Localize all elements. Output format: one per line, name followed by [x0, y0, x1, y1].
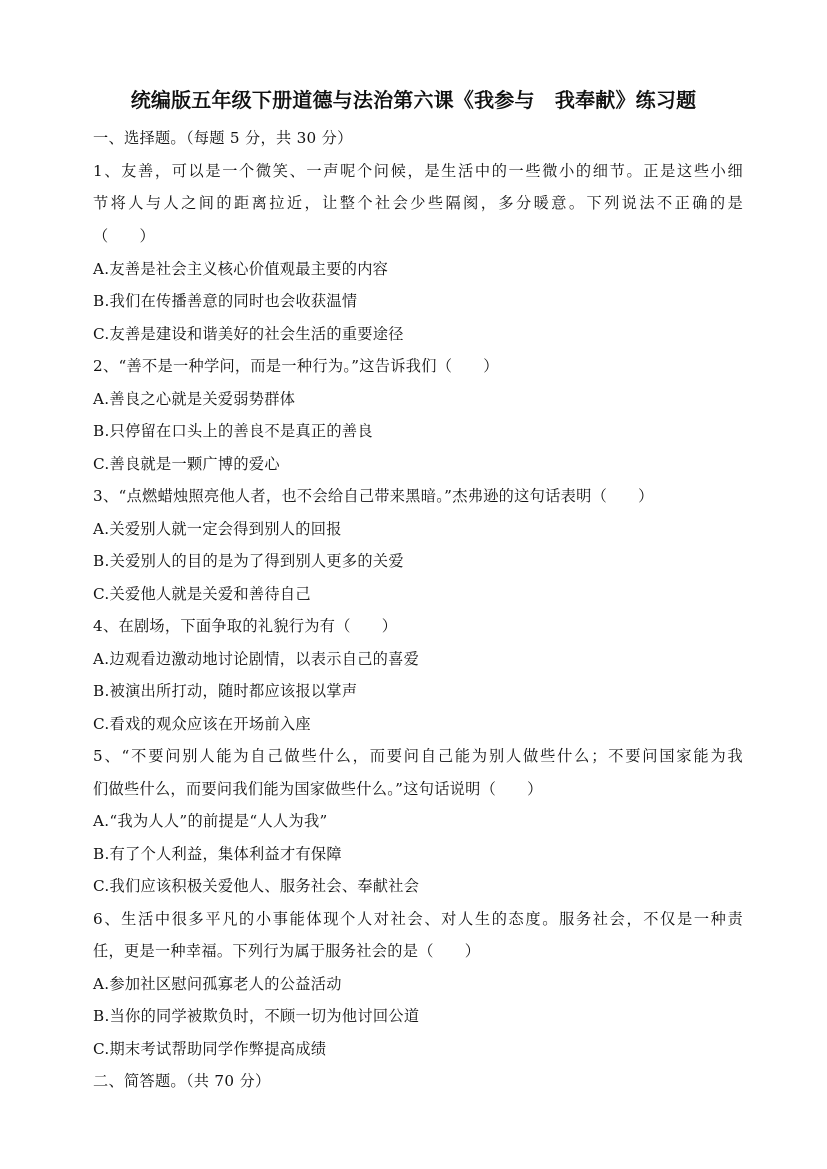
question-6-option-a: A.参加社区慰问孤寡老人的公益活动 [93, 973, 743, 995]
question-2-option-a: A.善良之心就是关爱弱势群体 [93, 388, 743, 410]
question-3-option-b: B.关爱别人的目的是为了得到别人更多的关爱 [93, 550, 743, 572]
question-2-option-c: C.善良就是一颗广博的爱心 [93, 453, 743, 475]
question-5-option-a: A.“我为人人”的前提是“人人为我” [93, 810, 743, 832]
question-5-option-b: B.有了个人利益，集体利益才有保障 [93, 843, 743, 865]
question-6-stem-line-1: 6、生活中很多平凡的小事能体现个人对社会、对人生的态度。服务社会，不仅是一种责 [93, 908, 743, 930]
question-6-option-c: C.期末考试帮助同学作弊提高成绩 [93, 1038, 743, 1060]
section-heading-short-answer: 二、简答题。（共 70 分） [93, 1070, 743, 1092]
question-1-stem-line-1: 1、友善，可以是一个微笑、一声呢个问候，是生活中的一些微小的细节。正是这些小细 [93, 160, 743, 182]
question-3-stem: 3、“点燃蜡烛照亮他人者，也不会给自己带来黑暗。”杰弗逊的这句话表明（ ） [93, 485, 743, 507]
question-5-stem-line-2: 们做些什么，而要问我们能为国家做些什么。”这句话说明（ ） [93, 778, 743, 800]
question-4-option-b: B.被演出所打动，随时都应该报以掌声 [93, 680, 743, 702]
question-1-stem-line-2: 节将人与人之间的距离拉近，让整个社会少些隔阂，多分暖意。下列说法不正确的是 [93, 192, 743, 214]
question-4-option-a: A.边观看边激动地讨论剧情，以表示自己的喜爱 [93, 648, 743, 670]
document-page: 统编版五年级下册道德与法治第六课《我参与 我奉献》练习题 一、选择题。（每题 5… [0, 0, 827, 1169]
question-4-option-c: C.看戏的观众应该在开场前入座 [93, 713, 743, 735]
question-1-option-b: B.我们在传播善意的同时也会收获温情 [93, 290, 743, 312]
question-5-option-c: C.我们应该积极关爱他人、服务社会、奉献社会 [93, 875, 743, 897]
question-3-option-c: C.关爱他人就是关爱和善待自己 [93, 583, 743, 605]
question-2-option-b: B.只停留在口头上的善良不是真正的善良 [93, 420, 743, 442]
question-4-stem: 4、在剧场，下面争取的礼貌行为有（ ） [93, 615, 743, 637]
question-2-stem: 2、“善不是一种学问，而是一种行为。”这告诉我们（ ） [93, 355, 743, 377]
question-3-option-a: A.关爱别人就一定会得到别人的回报 [93, 518, 743, 540]
question-1-option-a: A.友善是社会主义核心价值观最主要的内容 [93, 258, 743, 280]
question-6-option-b: B.当你的同学被欺负时，不顾一切为他讨回公道 [93, 1005, 743, 1027]
document-title: 统编版五年级下册道德与法治第六课《我参与 我奉献》练习题 [0, 86, 827, 114]
question-5-stem-line-1: 5、“不要问别人能为自己做些什么，而要问自己能为别人做些什么；不要问国家能为我 [93, 745, 743, 767]
question-1-option-c: C.友善是建设和谐美好的社会生活的重要途径 [93, 323, 743, 345]
question-1-stem-line-3: （ ） [93, 225, 743, 247]
question-6-stem-line-2: 任，更是一种幸福。下列行为属于服务社会的是（ ） [93, 940, 743, 962]
section-heading-choice: 一、选择题。（每题 5 分，共 30 分） [93, 127, 743, 149]
